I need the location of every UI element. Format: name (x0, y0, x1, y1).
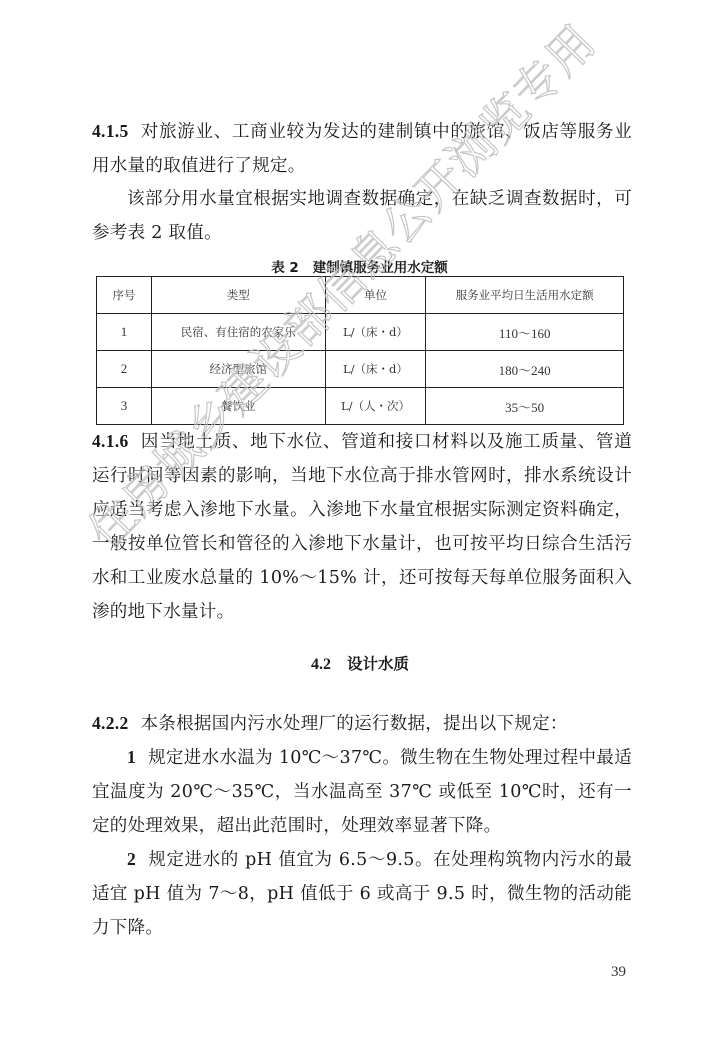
clause-number: 4.1.6 (92, 431, 129, 451)
document-page: 4.1.5对旅游业、工商业较为发达的建制镇中的旅馆、饭店等服务业用水量的取值进行… (0, 0, 720, 1044)
table-row: 3 餐饮业 L/（人・次） 35～50 (97, 388, 624, 425)
section-number: 4.2 (311, 656, 331, 673)
clause-4-1-5: 4.1.5对旅游业、工商业较为发达的建制镇中的旅馆、饭店等服务业用水量的取值进行… (92, 114, 632, 183)
paragraph-text: 该部分用水量宜根据实地调查数据确定，在缺乏调查数据时，可参考表 2 取值。 (92, 189, 632, 243)
clause-text: 因当地土质、地下水位、管道和接口材料以及施工质量、管道运行时间等因素的影响，当地… (92, 432, 632, 622)
item-text: 规定进水水温为 10℃～37℃。微生物在生物处理过程中最适宜温度为 20℃～35… (92, 748, 632, 836)
row-number: 3 (97, 388, 152, 425)
row-quota: 35～50 (426, 388, 624, 425)
row-quota: 180～240 (426, 351, 624, 388)
item-number: 2 (127, 849, 136, 869)
clause-4-1-5-paragraph-2: 该部分用水量宜根据实地调查数据确定，在缺乏调查数据时，可参考表 2 取值。 (92, 182, 632, 250)
clause-4-2-2: 4.2.2本条根据国内污水处理厂的运行数据，提出以下规定： (92, 706, 632, 741)
row-type: 餐饮业 (151, 388, 325, 425)
section-heading: 4.2设计水质 (0, 652, 720, 674)
clause-item-1: 1规定进水水温为 10℃～37℃。微生物在生物处理过程中最适宜温度为 20℃～3… (92, 740, 632, 843)
item-text: 规定进水的 pH 值宜为 6.5～9.5。在处理构筑物内污水的最适宜 pH 值为… (92, 850, 632, 938)
table-title: 建制镇服务业用水定额 (313, 260, 448, 276)
row-unit: L/（人・次） (325, 388, 426, 425)
table-row: 2 经济型旅馆 L/（床・d） 180～240 (97, 351, 624, 388)
service-water-quota-table: 序号 类型 单位 服务业平均日生活用水定额 1 民宿、有住宿的农家乐 L/（床・… (96, 276, 624, 425)
table-number: 表 2 (271, 260, 299, 276)
header-cell: 序号 (97, 277, 152, 314)
row-quota: 110～160 (426, 314, 624, 351)
header-cell: 单位 (325, 277, 426, 314)
row-number: 1 (97, 314, 152, 351)
clause-4-1-6: 4.1.6因当地土质、地下水位、管道和接口材料以及施工质量、管道运行时间等因素的… (92, 424, 632, 629)
section-title: 设计水质 (347, 655, 409, 673)
clause-number: 4.1.5 (92, 121, 129, 141)
page-number: 39 (600, 964, 626, 981)
clause-item-2: 2规定进水的 pH 值宜为 6.5～9.5。在处理构筑物内污水的最适宜 pH 值… (92, 842, 632, 945)
row-number: 2 (97, 351, 152, 388)
row-unit: L/（床・d） (325, 351, 426, 388)
item-number: 1 (127, 747, 136, 767)
row-type: 经济型旅馆 (151, 351, 325, 388)
table-header-row: 序号 类型 单位 服务业平均日生活用水定额 (97, 277, 624, 314)
row-unit: L/（床・d） (325, 314, 426, 351)
clause-text: 本条根据国内污水处理厂的运行数据，提出以下规定： (141, 714, 568, 734)
table-row: 1 民宿、有住宿的农家乐 L/（床・d） 110～160 (97, 314, 624, 351)
header-cell: 类型 (151, 277, 325, 314)
row-type: 民宿、有住宿的农家乐 (151, 314, 325, 351)
table-caption: 表 2建制镇服务业用水定额 (96, 256, 623, 276)
clause-number: 4.2.2 (92, 713, 129, 733)
clause-text: 对旅游业、工商业较为发达的建制镇中的旅馆、饭店等服务业用水量的取值进行了规定。 (92, 122, 632, 176)
header-cell: 服务业平均日生活用水定额 (426, 277, 624, 314)
